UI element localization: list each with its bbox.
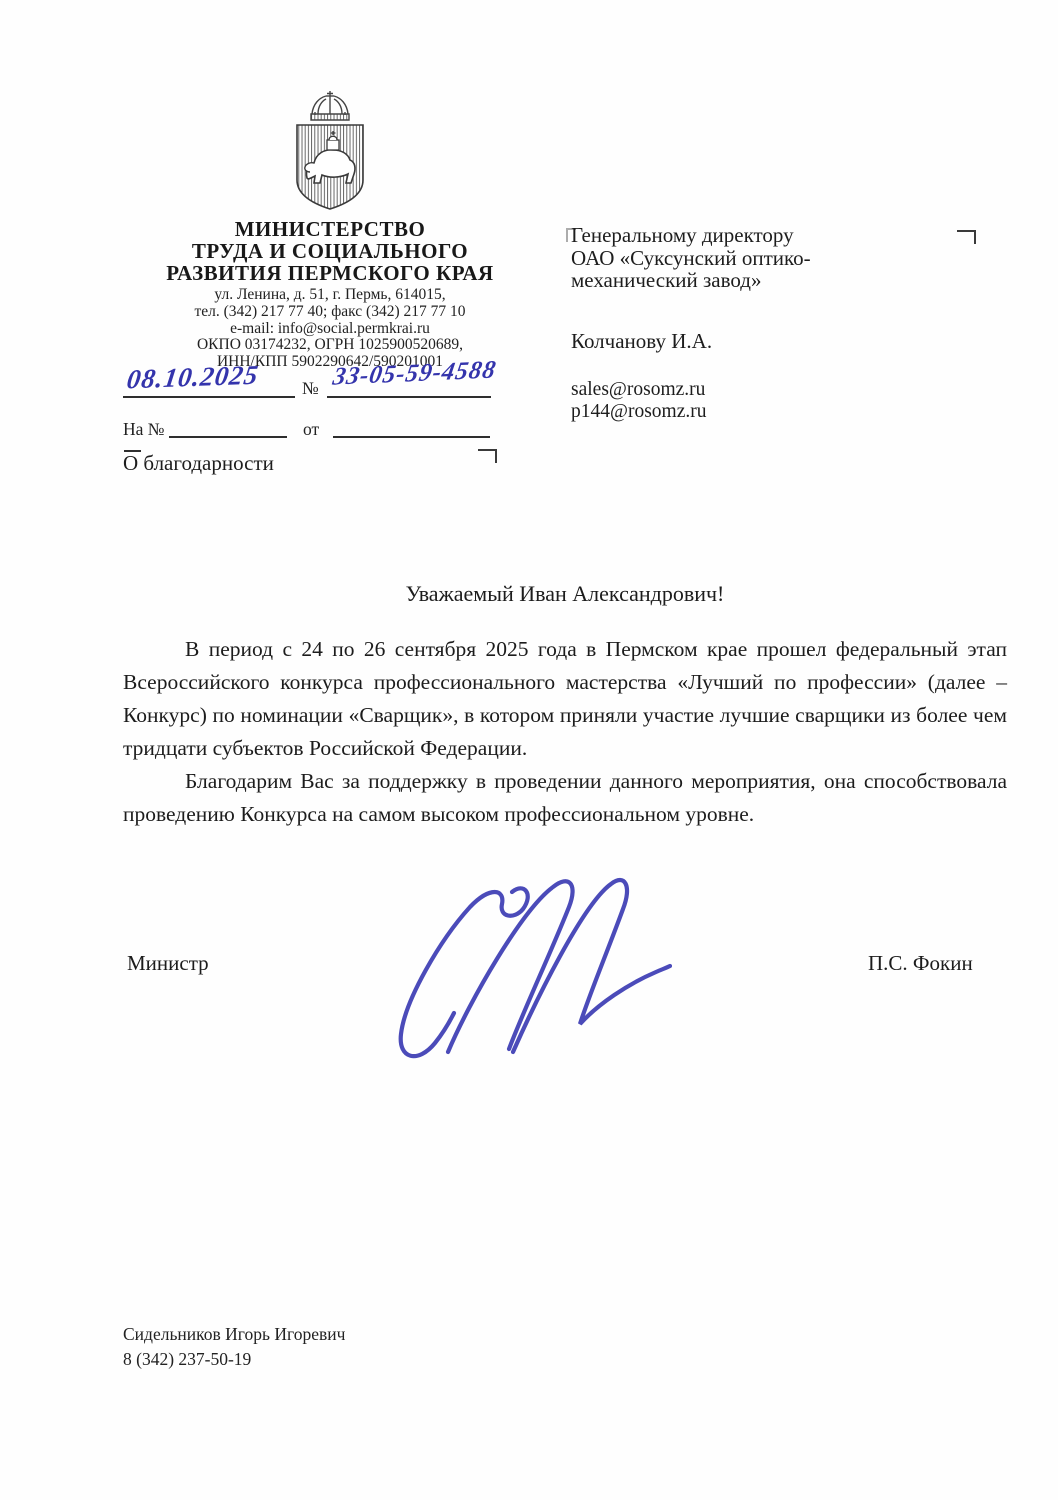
ministry-name-line: МИНИСТЕРСТВО [118, 218, 542, 240]
minister-name: П.С. Фокин [868, 951, 973, 976]
outgoing-date-handwritten: 08.10.2025 [125, 360, 261, 396]
addressee-block: Генеральному директору ОАО «Суксунский о… [571, 224, 931, 423]
letterhead: МИНИСТЕРСТВО ТРУДА И СОЦИАЛЬНОГО РАЗВИТИ… [118, 88, 542, 371]
email-address: p144@rosomz.ru [571, 401, 931, 423]
perm-krai-coat-of-arms-icon [285, 88, 375, 212]
email-address: sales@rosomz.ru [571, 379, 931, 401]
letter-body: В период с 24 по 26 сентября 2025 года в… [123, 633, 1007, 831]
addressee-line: механический завод» [571, 269, 931, 292]
ministry-name: МИНИСТЕРСТВО ТРУДА И СОЦИАЛЬНОГО РАЗВИТИ… [118, 218, 542, 284]
reply-date-underline [333, 436, 490, 438]
address-line: тел. (342) 217 77 40; факс (342) 217 77 … [118, 304, 542, 321]
executor-phone: 8 (342) 237-50-19 [123, 1347, 345, 1372]
minister-title: Министр [127, 951, 209, 976]
corner-mark-icon [957, 230, 976, 244]
body-paragraph: В период с 24 по 26 сентября 2025 года в… [123, 633, 1007, 765]
addressee-line: Генеральному директору [571, 224, 931, 247]
number-underline [327, 396, 491, 398]
executor-name: Сидельников Игорь Игоревич [123, 1322, 345, 1347]
address-line: ОКПО 03174232, ОГРН 1025900520689, [118, 337, 542, 354]
reply-from-label: от [303, 419, 319, 440]
body-paragraph: Благодарим Вас за поддержку в проведении… [123, 765, 1007, 831]
addressee-line: ОАО «Суксунский оптико- [571, 247, 931, 270]
ministry-name-line: ТРУДА И СОЦИАЛЬНОГО [118, 240, 542, 262]
addressee-emails: sales@rosomz.ru p144@rosomz.ru [571, 379, 931, 423]
addressee-person: Колчанову И.А. [571, 330, 931, 353]
scanned-letter-page: МИНИСТЕРСТВО ТРУДА И СОЦИАЛЬНОГО РАЗВИТИ… [0, 0, 1058, 1500]
date-underline [123, 396, 295, 398]
signature-image [372, 868, 672, 1068]
address-line: e-mail: info@social.permkrai.ru [118, 321, 542, 338]
address-line: ул. Ленина, д. 51, г. Пермь, 614015, [118, 287, 542, 304]
reply-number-underline [169, 436, 287, 438]
corner-mark-icon [478, 449, 497, 463]
ministry-name-line: РАЗВИТИЯ ПЕРМСКОГО КРАЯ [118, 262, 542, 284]
reply-to-label: На № [123, 419, 164, 440]
outgoing-number-handwritten: 33-05-59-4588 [331, 356, 499, 391]
executor-block: Сидельников Игорь Игоревич 8 (342) 237-5… [123, 1322, 345, 1372]
number-label: № [302, 378, 319, 399]
subject-line: О благодарности [123, 451, 274, 476]
salutation: Уважаемый Иван Александрович! [123, 581, 1007, 607]
